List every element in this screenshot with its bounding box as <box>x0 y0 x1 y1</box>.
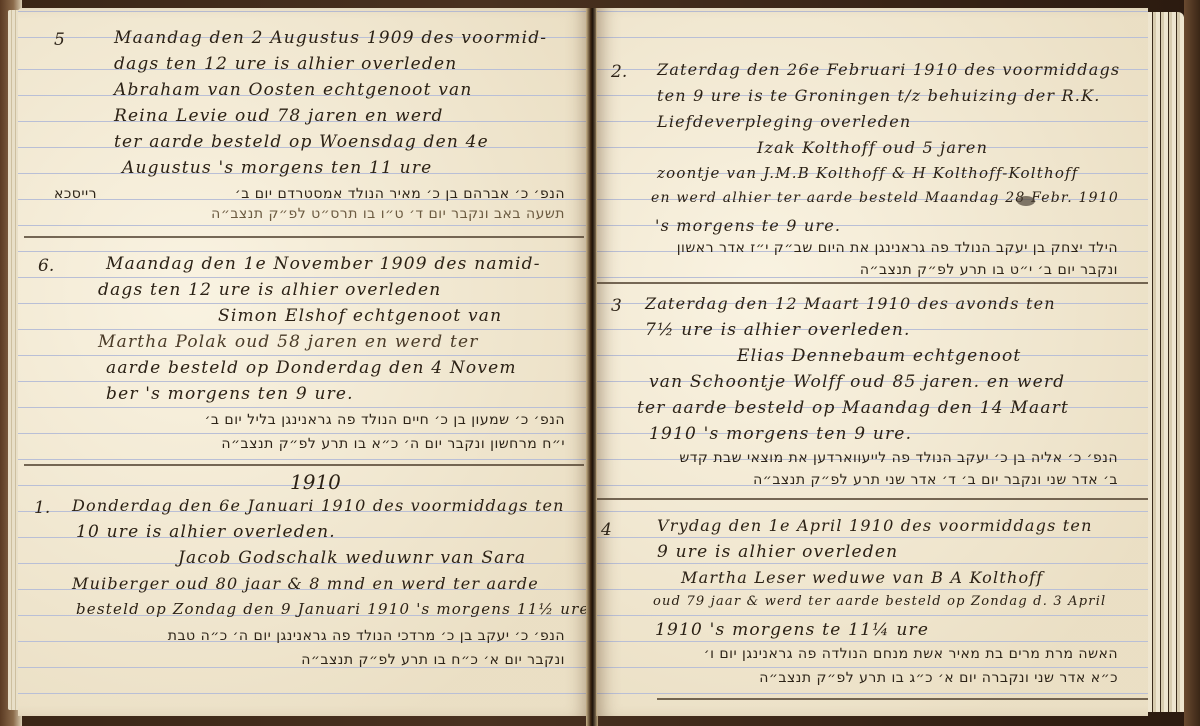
entry-text-line: ter aarde besteld op Maandag den 14 Maar… <box>637 398 1069 418</box>
entry-divider <box>597 282 1148 284</box>
entry-text-line: zoontje van J.M.B Kolthoff & H Kolthoff-… <box>657 164 1079 182</box>
entry-text-line: Liefdeverpleging overleden <box>657 112 911 131</box>
entry-divider <box>24 236 584 238</box>
entry-text-line: 10 ure is alhier overleden. <box>76 522 336 542</box>
entry-text-line: ten 9 ure is te Groningen t/z behuizing … <box>657 86 1101 105</box>
entry-divider <box>24 464 584 466</box>
entry-text-line: Simon Elshof echtgenoot van <box>218 306 502 326</box>
entry-text-line: ber 's morgens ten 9 ure. <box>106 384 354 404</box>
hebrew-text-line: כ״א אדר שני ונקברה יום א׳ כ״ג בו תרע לפ״… <box>759 670 1118 686</box>
entry-text-line: Jacob Godschalk weduwnr van Sara <box>178 548 526 568</box>
entry-text-line: oud 79 jaar & werd ter aarde besteld op … <box>653 594 1106 609</box>
entry-text-line: Maandag den 1e November 1909 des namid- <box>106 254 541 274</box>
entry-text-line: en werd alhier ter aarde besteld Maandag… <box>651 190 1119 206</box>
entry-text-line: Izak Kolthoff oud 5 jaren <box>757 138 988 157</box>
entry-number: 1. <box>34 498 50 518</box>
entry-text-line: Elias Dennebaum echtgenoot <box>737 346 1021 366</box>
entry-number: 6. <box>38 256 54 276</box>
hebrew-text-line: הנפ׳ כ׳ אברהם בן כ׳ מאיר הנולד אמסטרדם י… <box>235 186 565 202</box>
entry-text-line: Augustus 's morgens ten 11 ure <box>122 158 432 178</box>
entry-text-line: Maandag den 2 Augustus 1909 des voormid- <box>114 28 547 48</box>
book-cover-right-edge <box>1184 0 1200 726</box>
page-stack-right <box>1148 12 1184 712</box>
right-page: 2. Zaterdag den 26e Februari 1910 des vo… <box>596 8 1148 716</box>
entry-text-line: Vrydag den 1e April 1910 des voormiddags… <box>657 516 1093 535</box>
entry-number: 4 <box>601 520 612 540</box>
hebrew-text-line: ב׳ אדר שני ונקבר יום ב׳ ד׳ אדר שני תרע ל… <box>753 472 1118 488</box>
entry-text-line: Muiberger oud 80 jaar & 8 mnd en werd te… <box>72 574 539 593</box>
entry-text-line: dags ten 12 ure is alhier overleden <box>98 280 441 300</box>
entry-divider <box>657 698 1148 700</box>
hebrew-text-line: ונקבר יום ב׳ י״ט בו תרע לפ״ק תנצב״ה <box>860 262 1118 278</box>
hebrew-text-line: הילד יצחק בן יעקב הנולד פה גראנינגן את ה… <box>677 240 1118 256</box>
hebrew-text-line: ונקבר יום א׳ כ״ח בו תרע לפ״ק תנצב״ה <box>301 652 565 668</box>
entry-text-line: 1910 's morgens te 11¼ ure <box>655 620 929 640</box>
hebrew-text-line: הנפ׳ כ׳ שמעון בן כ׳ חיים הנולד פה גראנינ… <box>205 412 565 428</box>
hebrew-text-line: י״ח מרחשון ונקבר יום ה׳ כ״א בו תרע לפ״ק … <box>221 436 565 452</box>
entry-text-line: ter aarde besteld op Woensdag den 4e <box>114 132 489 152</box>
entry-text-line: Zaterdag den 12 Maart 1910 des avonds te… <box>645 294 1056 313</box>
hebrew-text-line: תשעה באב ונקבר יום ד׳ ט״ו בו תרס״ט לפ״ק … <box>211 206 565 222</box>
entry-text-line: Reina Levie oud 78 jaren en werd <box>114 106 444 126</box>
year-heading: 1910 <box>290 470 341 494</box>
entry-divider <box>597 498 1148 500</box>
entry-number: 3 <box>611 296 622 316</box>
hebrew-text-line: האשה מרת מרים בת מאיר אשת מנחם הנולדה פה… <box>704 646 1118 662</box>
entry-text-line: 's morgens te 9 ure. <box>655 216 841 235</box>
left-page: 5 Maandag den 2 Augustus 1909 des voormi… <box>18 8 590 716</box>
hebrew-text-line: הנפ׳ כ׳ יעקב בן כ׳ מרדכי הנולד פה גראנינ… <box>168 628 565 644</box>
entry-text-line: Donderdag den 6e Januari 1910 des voormi… <box>72 496 565 515</box>
entry-text-line: Zaterdag den 26e Februari 1910 des voorm… <box>657 60 1120 79</box>
open-register-book: 5 Maandag den 2 Augustus 1909 des voormi… <box>0 0 1200 726</box>
entry-number: 5 <box>54 30 65 50</box>
entry-text-line: 9 ure is alhier overleden <box>657 542 898 562</box>
entry-text-line: 7½ ure is alhier overleden. <box>645 320 911 340</box>
hebrew-text-line: הנפ׳ כ׳ אליה בן כ׳ יעקב הנולד פה לייעווא… <box>679 450 1118 466</box>
entry-text-line: 1910 's morgens ten 9 ure. <box>649 424 912 444</box>
entry-text-line: van Schoontje Wolff oud 85 jaren. en wer… <box>649 372 1065 392</box>
entry-text-line: dags ten 12 ure is alhier overleden <box>114 54 457 74</box>
entry-text-line: Martha Polak oud 58 jaren en werd ter <box>98 332 479 352</box>
entry-text-line: Abraham van Oosten echtgenoot van <box>114 80 473 100</box>
entry-number: 2. <box>611 62 627 82</box>
entry-text-line: aarde besteld op Donderdag den 4 Novem <box>106 358 517 378</box>
hebrew-margin-note: רייסכא <box>54 186 97 202</box>
entry-text-line: besteld op Zondag den 9 Januari 1910 's … <box>76 600 590 618</box>
ink-blot <box>1017 196 1035 206</box>
entry-text-line: Martha Leser weduwe van B A Kolthoff <box>681 568 1044 587</box>
